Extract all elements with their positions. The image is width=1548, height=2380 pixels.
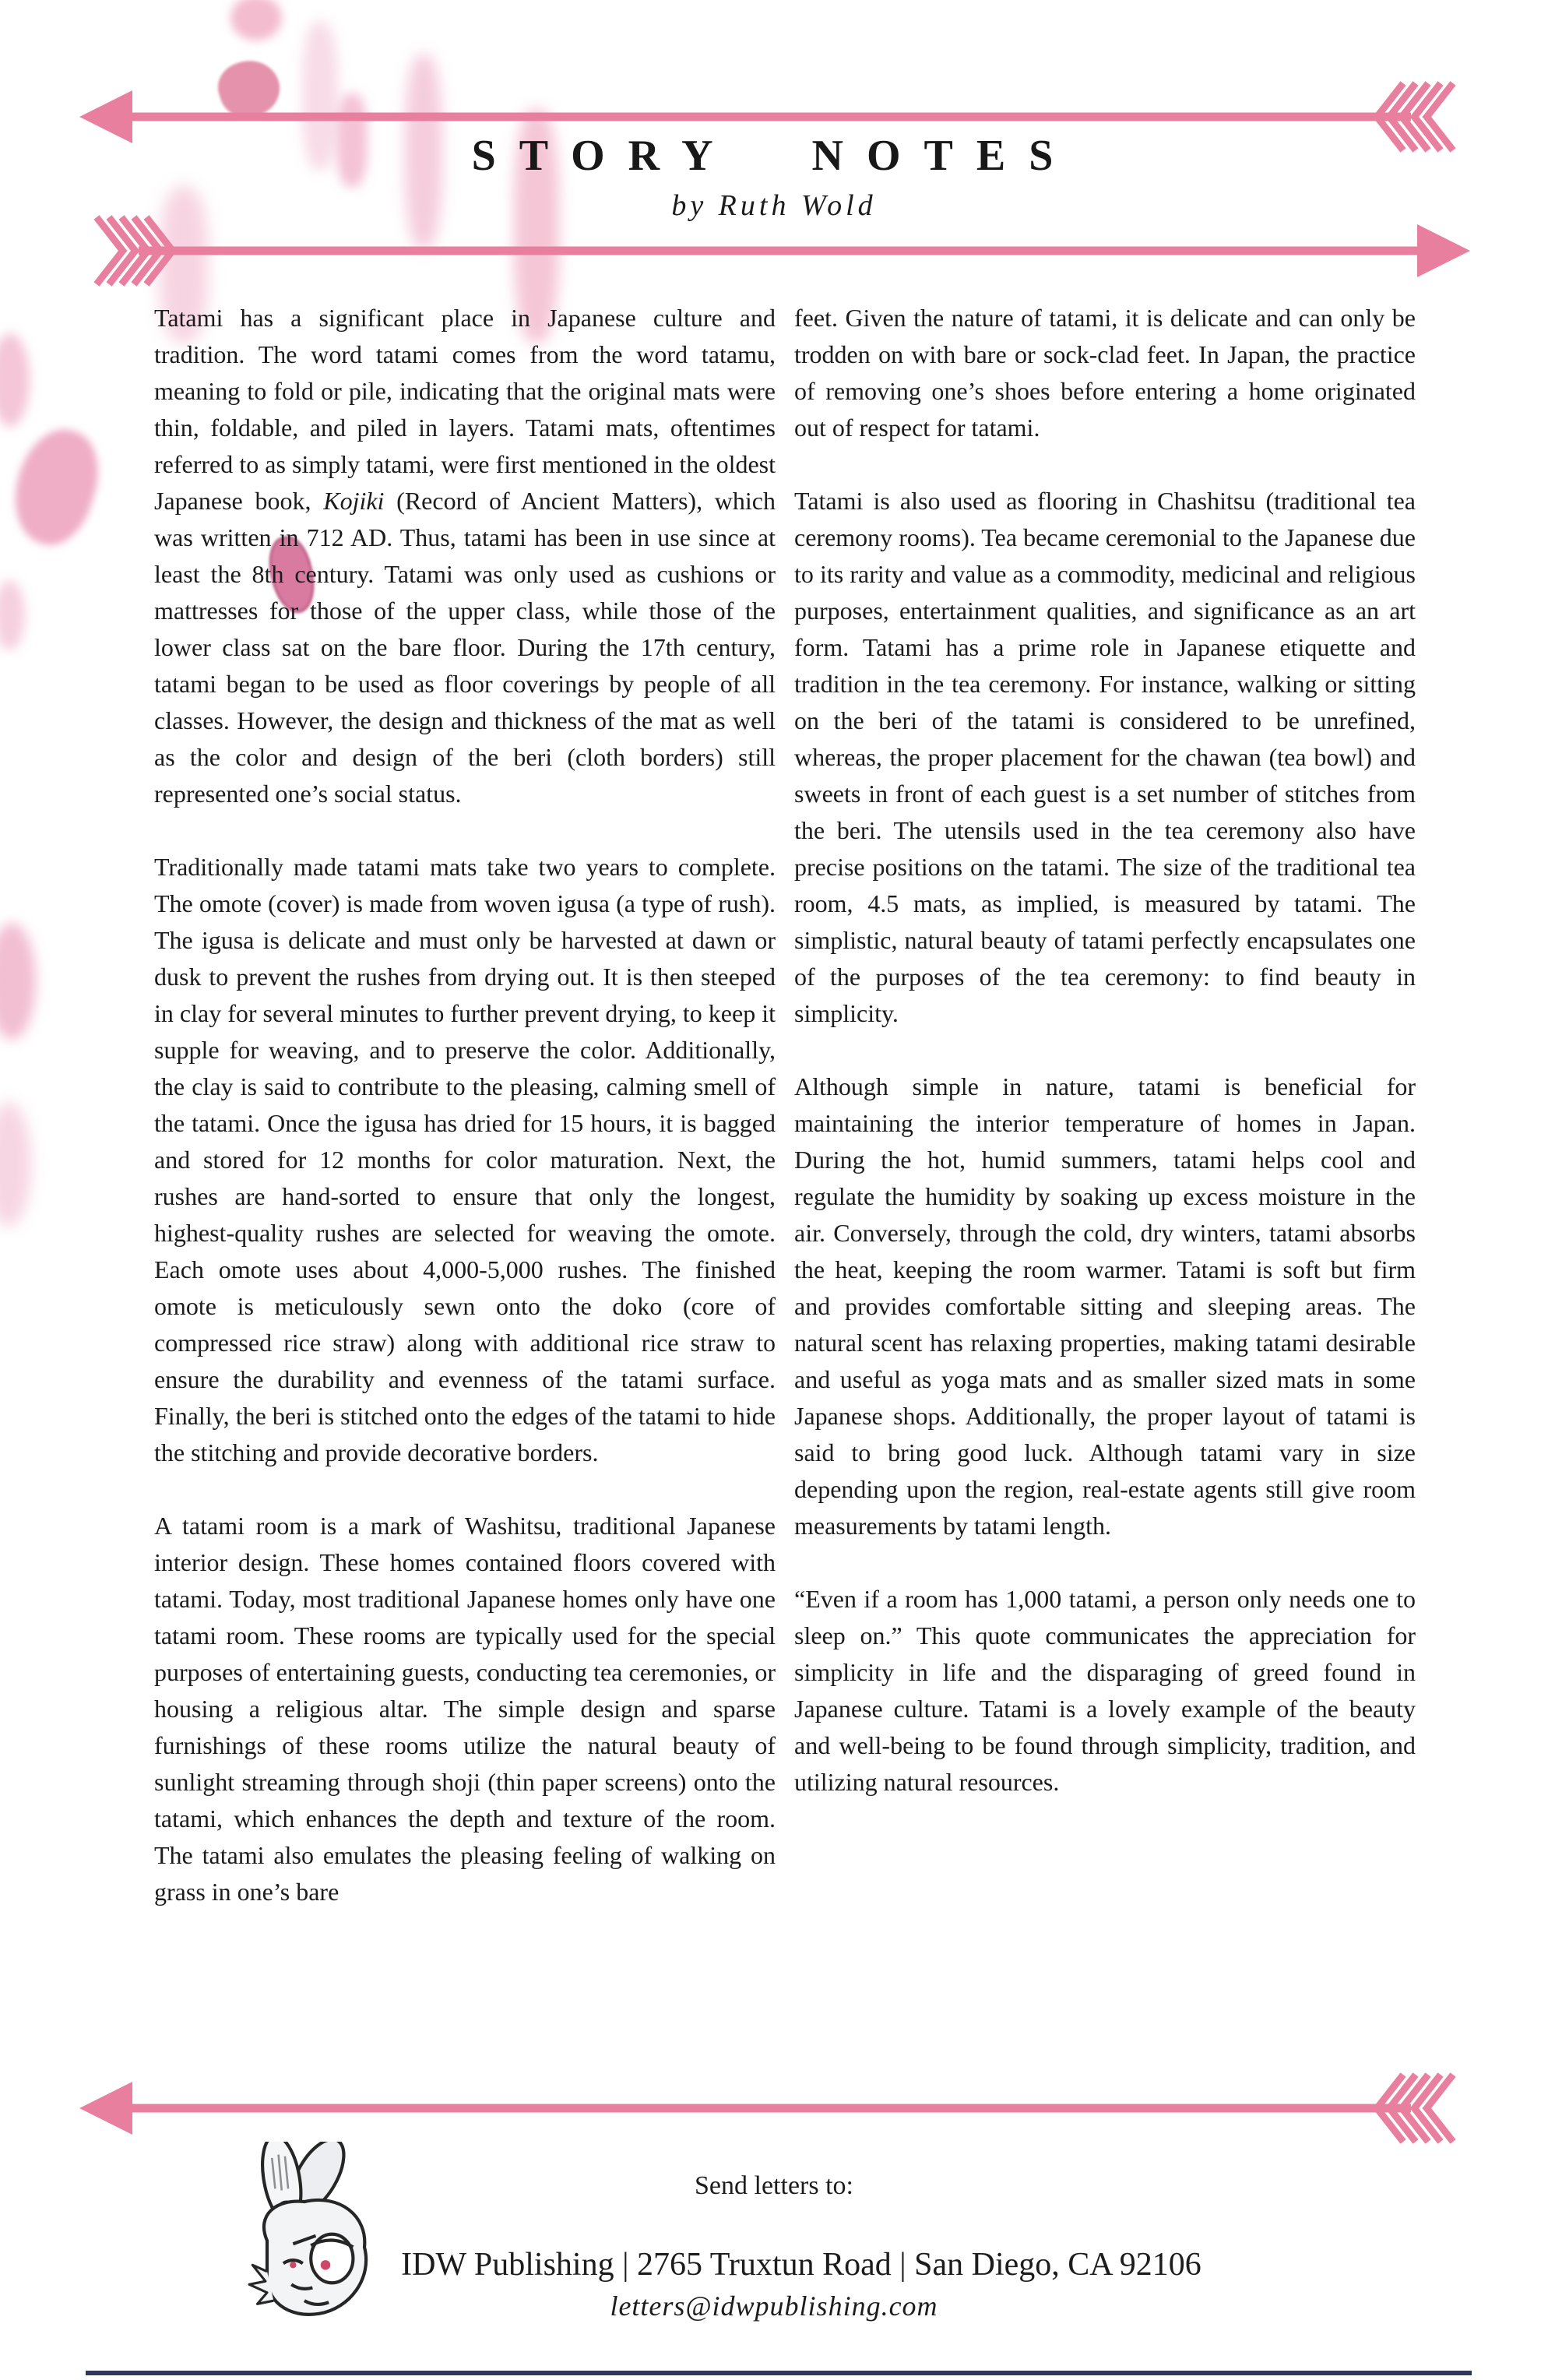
article-paragraph: Although simple in nature, tatami is ben… bbox=[794, 1069, 1416, 1544]
article-column-left: Tatami has a significant place in Japane… bbox=[154, 300, 776, 1947]
petal-decoration bbox=[0, 333, 30, 427]
petal-decoration bbox=[0, 580, 25, 650]
article-paragraph: A tatami room is a mark of Washitsu, tra… bbox=[154, 1508, 776, 1910]
petal-decoration bbox=[1, 419, 111, 555]
book-title-italic: Kojiki bbox=[323, 487, 384, 515]
article-paragraph: Tatami is also used as flooring in Chash… bbox=[794, 483, 1416, 1032]
article-paragraph: feet. Given the nature of tatami, it is … bbox=[794, 300, 1416, 446]
petal-decoration bbox=[0, 1102, 31, 1227]
story-notes-page: STORY NOTES by Ruth Wold Tatami has a si… bbox=[0, 0, 1548, 2380]
article-paragraph: Traditionally made tatami mats take two … bbox=[154, 849, 776, 1471]
arrow-left-decoration bbox=[78, 2065, 1472, 2151]
send-letters-label: Send letters to: bbox=[0, 2171, 1548, 2201]
article-paragraph: Tatami has a significant place in Japane… bbox=[154, 300, 776, 812]
paragraph-text: Tatami has a significant place in Japane… bbox=[154, 304, 776, 515]
publisher-address: IDW Publishing | 2765 Truxtun Road | San… bbox=[55, 2246, 1548, 2283]
article-paragraph: “Even if a room has 1,000 tatami, a pers… bbox=[794, 1581, 1416, 1801]
article-column-right: feet. Given the nature of tatami, it is … bbox=[794, 300, 1416, 1837]
petal-decoration bbox=[0, 923, 36, 1040]
paragraph-text: (Record of Ancient Matters), which was w… bbox=[154, 487, 776, 808]
arrow-right-decoration bbox=[78, 208, 1472, 294]
page-title: STORY NOTES bbox=[0, 131, 1548, 181]
petal-decoration bbox=[230, 0, 282, 40]
letters-email: letters@idwpublishing.com bbox=[0, 2290, 1548, 2322]
bottom-rule bbox=[86, 2371, 1472, 2375]
